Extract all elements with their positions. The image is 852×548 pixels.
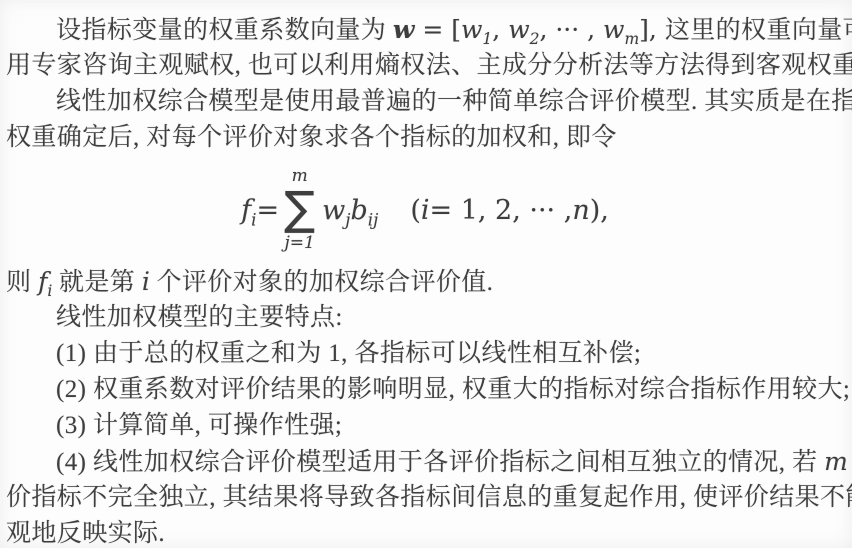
text-segment: 价指标不完全独立, 其结果将导致各指标间信息的重复起作用, 使评价结果不能客 <box>6 484 852 511</box>
text-content: 设指标变量的权重系数向量为 w = [w1, w2, ··· , wm], 这里… <box>6 12 844 548</box>
text-segment: 用专家咨询主观赋权, 也可以利用熵权法、主成分分析法等方法得到客观权重. <box>6 52 852 79</box>
math-segment: fi <box>38 267 52 296</box>
math-segment: bij <box>350 195 378 226</box>
text-segment: (1) 由于总的权重之和为 1, 各指标可以线性相互补偿; <box>56 340 641 367</box>
text-segment: 线性加权综合模型是使用最普遍的一种简单综合评价模型. 其实质是在指标 <box>56 88 852 115</box>
text-line: (4) 线性加权综合评价模型适用于各评价指标之间相互独立的情况, 若 m 个评 <box>6 444 844 480</box>
math-segment: w1 <box>461 15 492 44</box>
text-segment: 就是第 <box>52 269 142 296</box>
math-segment: = 1, 2, ··· , <box>430 195 573 226</box>
document-page: 设指标变量的权重系数向量为 w = [w1, w2, ··· , wm], 这里… <box>0 0 852 548</box>
text-segment: 观地反映实际. <box>6 520 165 547</box>
subscript: m <box>624 30 639 48</box>
math-segment: w2 <box>508 15 539 44</box>
math-segment: i <box>142 267 150 296</box>
math-segment: ( <box>410 195 421 226</box>
text-segment: 个评 <box>848 449 852 476</box>
math-segment: , <box>492 15 508 44</box>
math-formula: fi = m∑j=1wjbij(i = 1, 2, ··· , n), <box>6 156 844 264</box>
math-segment: i <box>421 195 430 226</box>
text-line: 线性加权模型的主要特点: <box>6 300 844 336</box>
math-segment: m <box>824 447 848 476</box>
text-line: 用专家咨询主观赋权, 也可以利用熵权法、主成分分析法等方法得到客观权重. <box>6 48 844 84</box>
text-segment: (3) 计算简单, 可操作性强; <box>56 412 342 439</box>
text-line: (2) 权重系数对评价结果的影响明显, 权重大的指标对综合指标作用较大; <box>6 372 844 408</box>
text-line: 则 fi 就是第 i 个评价对象的加权综合评价值. <box>6 264 844 300</box>
math-segment: ], <box>639 15 665 44</box>
text-line: 观地反映实际. <box>6 516 844 548</box>
math-segment: = [ <box>414 15 461 44</box>
text-segment: (4) 线性加权综合评价模型适用于各评价指标之间相互独立的情况, 若 <box>56 449 824 476</box>
math-segment: n <box>572 195 589 226</box>
math-segment: ), <box>590 195 609 226</box>
summation-symbol: m∑j=1 <box>284 168 315 252</box>
text-segment: 线性加权模型的主要特点: <box>56 304 343 331</box>
text-line: 权重确定后, 对每个评价对象求各个指标的加权和, 即令 <box>6 120 844 156</box>
text-segment: (2) 权重系数对评价结果的影响明显, 权重大的指标对综合指标作用较大; <box>56 376 850 403</box>
subscript: 2 <box>530 30 540 48</box>
sigma-glyph: ∑ <box>284 187 315 231</box>
text-segment: 权重确定后, 对每个评价对象求各个指标的加权和, 即令 <box>6 124 617 151</box>
sum-lower-limit: j=1 <box>284 235 314 252</box>
text-segment: 个评价对象的加权综合评价值. <box>150 269 494 296</box>
math-segment: fi <box>241 195 256 226</box>
text-segment: 设指标变量的权重系数向量为 <box>56 17 393 44</box>
math-segment: , ··· , <box>539 15 603 44</box>
math-segment: = <box>257 195 280 226</box>
math-segment: w <box>393 15 415 44</box>
text-line: 设指标变量的权重系数向量为 w = [w1, w2, ··· , wm], 这里… <box>6 12 844 48</box>
text-line: (1) 由于总的权重之和为 1, 各指标可以线性相互补偿; <box>6 336 844 372</box>
text-line: 线性加权综合模型是使用最普遍的一种简单综合评价模型. 其实质是在指标 <box>6 84 844 120</box>
math-segment: wj <box>322 195 350 226</box>
text-segment: 这里的权重向量可以利 <box>665 17 852 44</box>
subscript: ij <box>368 209 379 229</box>
text-line: 价指标不完全独立, 其结果将导致各指标间信息的重复起作用, 使评价结果不能客 <box>6 480 844 516</box>
subscript: 1 <box>482 30 492 48</box>
math-segment: wm <box>603 15 639 44</box>
text-segment: 则 <box>6 269 38 296</box>
text-line: (3) 计算简单, 可操作性强; <box>6 408 844 444</box>
